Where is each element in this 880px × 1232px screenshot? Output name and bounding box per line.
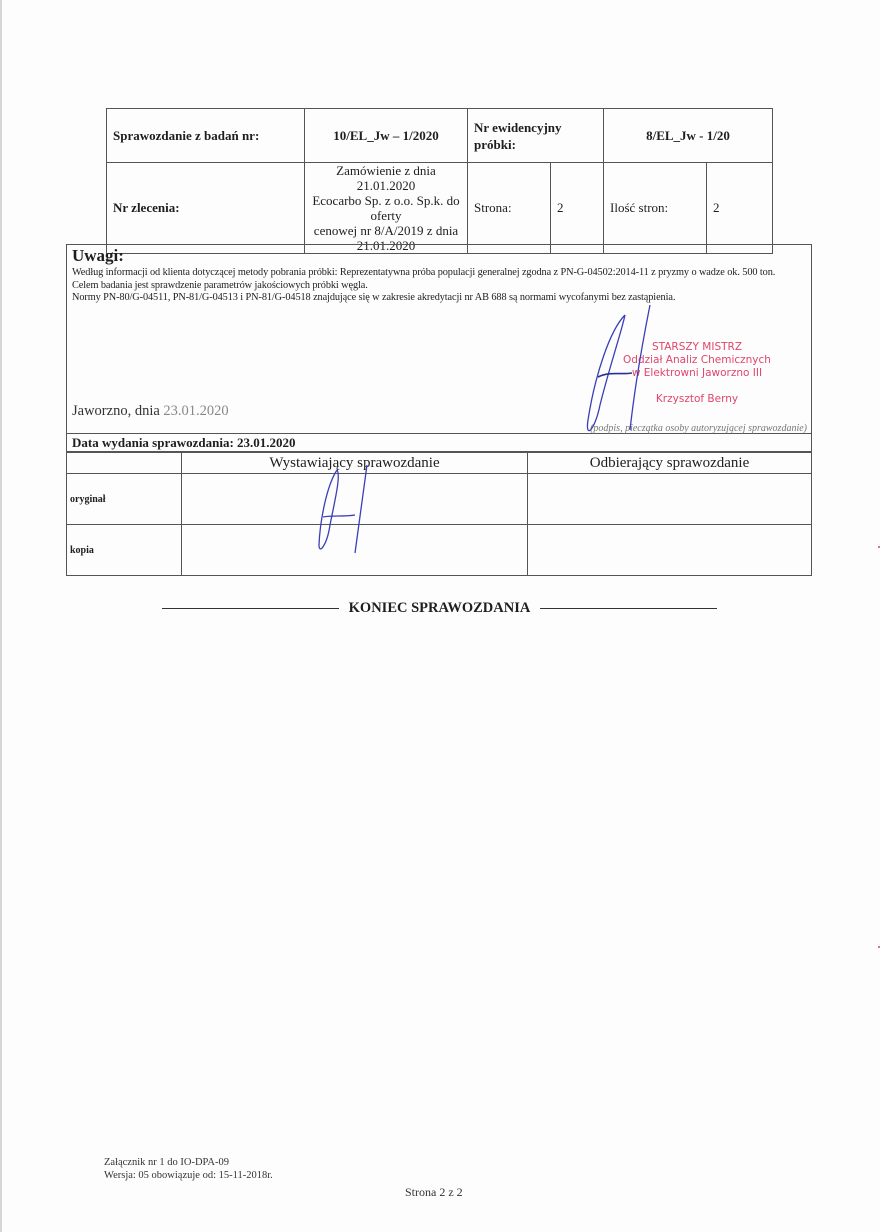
page-edge [0, 0, 2, 1232]
blank-header [67, 453, 182, 474]
issue-date: Data wydania sprawozdania: 23.01.2020 [66, 434, 812, 452]
notes-title: Uwagi: [72, 246, 124, 266]
notes-text: Według informacji od klienta dotyczącej … [72, 267, 810, 305]
stamp-line: Oddział Analiz Chemicznych [577, 354, 817, 367]
place-date: Jaworzno, dnia 23.01.2020 [72, 403, 229, 420]
pages-label: Ilość stron: [604, 163, 707, 254]
receiver-original-cell [528, 474, 812, 525]
footer-version: Wersja: 05 obowiązuje od: 15-11-2018r. [104, 1169, 273, 1182]
order-label: Nr zlecenia: [107, 163, 305, 254]
end-of-report-label: KONIEC SPRAWOZDANIA [339, 600, 541, 617]
sample-number-label: Nr ewidencyjny próbki: [468, 109, 604, 163]
issuer-copy-cell [182, 525, 528, 576]
order-value: Zamówienie z dnia 21.01.2020 Ecocarbo Sp… [305, 163, 468, 254]
order-line: Ecocarbo Sp. z o.o. Sp.k. do oferty [311, 193, 461, 223]
sample-number: 8/EL_Jw - 1/20 [604, 109, 773, 163]
issuer-original-cell [182, 474, 528, 525]
authorization-stamp: STARSZY MISTRZ Oddział Analiz Chemicznyc… [577, 341, 817, 406]
report-number-label: Sprawozdanie z badań nr: [107, 109, 305, 163]
row-label-copy: kopia [67, 525, 182, 576]
report-header-table: Sprawozdanie z badań nr: 10/EL_Jw – 1/20… [106, 108, 773, 254]
page-number: Strona 2 z 2 [405, 1185, 463, 1200]
signature-caption: (podpis, pieczątka osoby autoryzującej s… [590, 423, 807, 434]
page-label: Strona: [468, 163, 551, 254]
stamp-name: Krzysztof Berny [577, 393, 817, 406]
city-date: 23.01.2020 [163, 403, 228, 419]
pages-value: 2 [707, 163, 773, 254]
report-number: 10/EL_Jw – 1/2020 [305, 109, 468, 163]
city-label: Jaworzno, dnia [72, 403, 160, 419]
notes-box: Uwagi: Według informacji od klienta doty… [66, 244, 812, 434]
issue-signature-table: Wystawiający sprawozdanie Odbierający sp… [66, 452, 812, 576]
receiver-header: Odbierający sprawozdanie [528, 453, 812, 474]
order-line: Zamówienie z dnia 21.01.2020 [311, 163, 461, 193]
receiver-copy-cell [528, 525, 812, 576]
note-line: Według informacji od klienta dotyczącej … [72, 267, 810, 280]
divider [162, 608, 339, 609]
footer: Załącznik nr 1 do IO-DPA-09 Wersja: 05 o… [104, 1156, 273, 1182]
divider [540, 608, 717, 609]
note-line: Celem badania jest sprawdzenie parametró… [72, 280, 810, 293]
row-label-original: oryginał [67, 474, 182, 525]
page-value: 2 [551, 163, 604, 254]
stamp-line: w Elektrowni Jaworzno III [577, 367, 817, 380]
footer-attachment: Załącznik nr 1 do IO-DPA-09 [104, 1156, 273, 1169]
end-of-report: KONIEC SPRAWOZDANIA [162, 600, 717, 617]
note-line: Normy PN-80/G-04511, PN-81/G-04513 i PN-… [72, 292, 810, 305]
issuer-header: Wystawiający sprawozdanie [182, 453, 528, 474]
stamp-title: STARSZY MISTRZ [577, 341, 817, 354]
